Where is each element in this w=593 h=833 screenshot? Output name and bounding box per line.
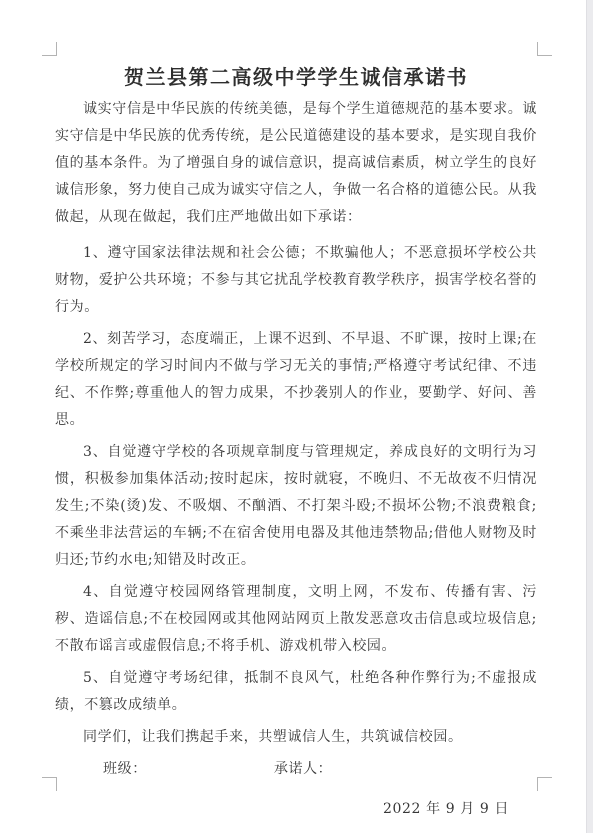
paragraph-item-2: 2、刻苦学习，态度端正，上课不迟到、不早退、不旷课，按时上课;在学校所规定的学习… [55, 326, 537, 434]
date-line: 2022 年 9 月 9 日 [55, 796, 537, 823]
paragraph-item-4: 4、自觉遵守校园网络管理制度，文明上网，不发布、传播有害、污秽、造谣信息;不在校… [55, 579, 537, 660]
paragraph-item-1: 1、遵守国家法律法规和社会公德；不欺骗他人；不恶意损坏学校公共财物，爱护公共环境… [55, 240, 537, 321]
document-page: 贺兰县第二高级中学学生诚信承诺书 诚实守信是中华民族的传统美德，是每个学生道德规… [0, 0, 593, 833]
paragraph-intro: 诚实守信是中华民族的传统美德，是每个学生道德规范的基本要求。诚实守信是中华民族的… [55, 96, 537, 231]
scrollbar-track[interactable] [586, 0, 593, 833]
signature-line: 班级： 承诺人： [55, 756, 537, 783]
date-text: 2022 年 9 月 9 日 [383, 801, 509, 817]
crop-mark-top-right [537, 42, 552, 56]
class-label: 班级： [103, 761, 147, 777]
document-title: 贺兰县第二高级中学学生诚信承诺书 [55, 63, 537, 91]
promiser-label: 承诺人： [274, 761, 332, 777]
crop-mark-top-left [42, 42, 57, 56]
paragraph-item-3: 3、自觉遵守学校的各项规章制度与管理规定，养成良好的文明行为习惯，积极参加集体活… [55, 439, 537, 574]
document-body: 贺兰县第二高级中学学生诚信承诺书 诚实守信是中华民族的传统美德，是每个学生道德规… [55, 55, 537, 823]
crop-mark-bottom-right [537, 777, 552, 791]
paragraph-item-5: 5、自觉遵守考场纪律，抵制不良风气，杜绝各种作弊行为;不虚报成绩，不篡改成绩单。 [55, 665, 537, 719]
paragraph-closing: 同学们，让我们携起手来，共塑诚信人生，共筑诚信校园。 [55, 724, 537, 751]
